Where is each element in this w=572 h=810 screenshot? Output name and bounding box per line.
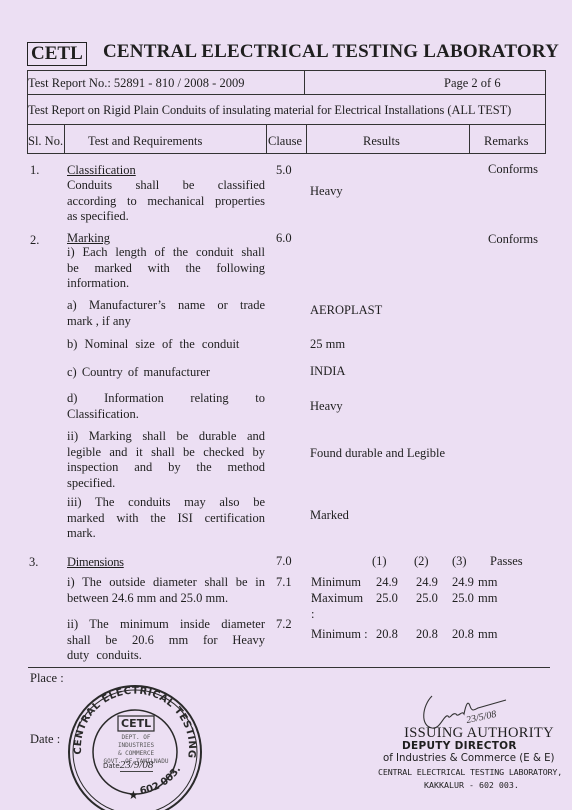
row1-remark: Conforms: [488, 162, 538, 178]
divider: [28, 124, 545, 125]
sample-header-1: (1): [372, 554, 387, 570]
report-header-table: Test Report No.: 52891 - 810 / 2008 - 20…: [27, 70, 546, 154]
stamp-date: Date23/9/08: [103, 759, 153, 771]
report-subject: Test Report on Rigid Plain Conduits of i…: [28, 102, 511, 118]
official-stamp: CENTRAL ELECTRICAL TESTING LABORATORY · …: [60, 680, 210, 810]
row1-result: Heavy: [310, 184, 343, 200]
divider: [28, 94, 545, 95]
row3i-requirement: i) The outside diameter shall be in betw…: [67, 575, 265, 606]
star-icon: ★: [128, 788, 139, 803]
row2b-result: 25 mm: [310, 337, 345, 353]
divider: [266, 124, 267, 154]
authority-lab: CENTRAL ELECTRICAL TESTING LABORATORY,: [378, 767, 562, 777]
row2c-requirement: c) Country of manufacturer: [67, 365, 210, 381]
col-results: Results: [363, 133, 400, 149]
report-number: Test Report No.: 52891 - 810 / 2008 - 20…: [28, 75, 244, 91]
row2ii-result: Found durable and Legible: [310, 446, 445, 462]
row2b-requirement: b) Nominal size of the conduit: [67, 337, 239, 353]
row3ii-requirement: ii) The minimum inside diameter shall be…: [67, 617, 265, 664]
row2iii-requirement: iii) The conduits may also be marked wit…: [67, 495, 265, 542]
col-sl-no: Sl. No.: [28, 133, 63, 149]
row2-remark: Conforms: [488, 232, 538, 248]
row2-requirement: i) Each length of the conduit shall be m…: [67, 245, 265, 292]
sample-header-2: (2): [414, 554, 429, 570]
divider: [64, 124, 65, 154]
cetl-logo: CETL: [27, 42, 87, 66]
footer-rule: [28, 667, 550, 668]
row2-sl: 2.: [30, 233, 39, 249]
row2d-requirement: d) Information relating to Classificatio…: [67, 391, 265, 422]
page-indicator: Page 2 of 6: [444, 75, 501, 91]
row1-title: Classification: [67, 163, 136, 179]
divider: [304, 71, 305, 94]
date-label: Date :: [30, 732, 60, 748]
col-remarks: Remarks: [484, 133, 528, 149]
authority-address: KAKKALUR - 602 003.: [424, 780, 519, 790]
divider: [306, 124, 307, 154]
row2iii-result: Marked: [310, 508, 349, 524]
sample-header-3: (3): [452, 554, 467, 570]
col-test: Test and Requirements: [88, 133, 202, 149]
row3-title: Dimensions: [67, 555, 124, 571]
stamp-logo: CETL: [121, 717, 151, 730]
row2a-requirement: a) Manufacturer’s name or trade mark , i…: [67, 298, 265, 329]
row3ii-measurements: Minimum : 20.8 20.8 20.8 mm: [284, 627, 524, 643]
row1-sl: 1.: [30, 163, 39, 179]
row2c-result: INDIA: [310, 364, 345, 380]
row3i-clause: 7.1: [276, 575, 292, 591]
row1-requirement: Conduits shall be classified according t…: [67, 178, 265, 225]
col-clause: Clause: [268, 133, 302, 149]
row2ii-requirement: ii) Marking shall be durable and legible…: [67, 429, 265, 491]
lab-name: CENTRAL ELECTRICAL TESTING LABORATORY: [103, 41, 559, 63]
divider: [469, 124, 470, 154]
row2-clause: 6.0: [276, 231, 292, 247]
authority-department: of Industries & Commerce (E & E): [383, 753, 555, 764]
place-label: Place :: [30, 671, 64, 687]
row2a-result: AEROPLAST: [310, 303, 382, 319]
row3-remark: Passes: [490, 554, 523, 570]
row3-sl: 3.: [29, 555, 38, 571]
row2d-result: Heavy: [310, 399, 343, 415]
authority-title: ISSUING AUTHORITY: [384, 726, 572, 741]
row1-clause: 5.0: [276, 163, 292, 179]
authority-designation: DEPUTY DIRECTOR: [402, 740, 517, 752]
row3-clause: 7.0: [276, 554, 292, 570]
issuing-authority-block: ISSUING AUTHORITY: [384, 726, 572, 741]
